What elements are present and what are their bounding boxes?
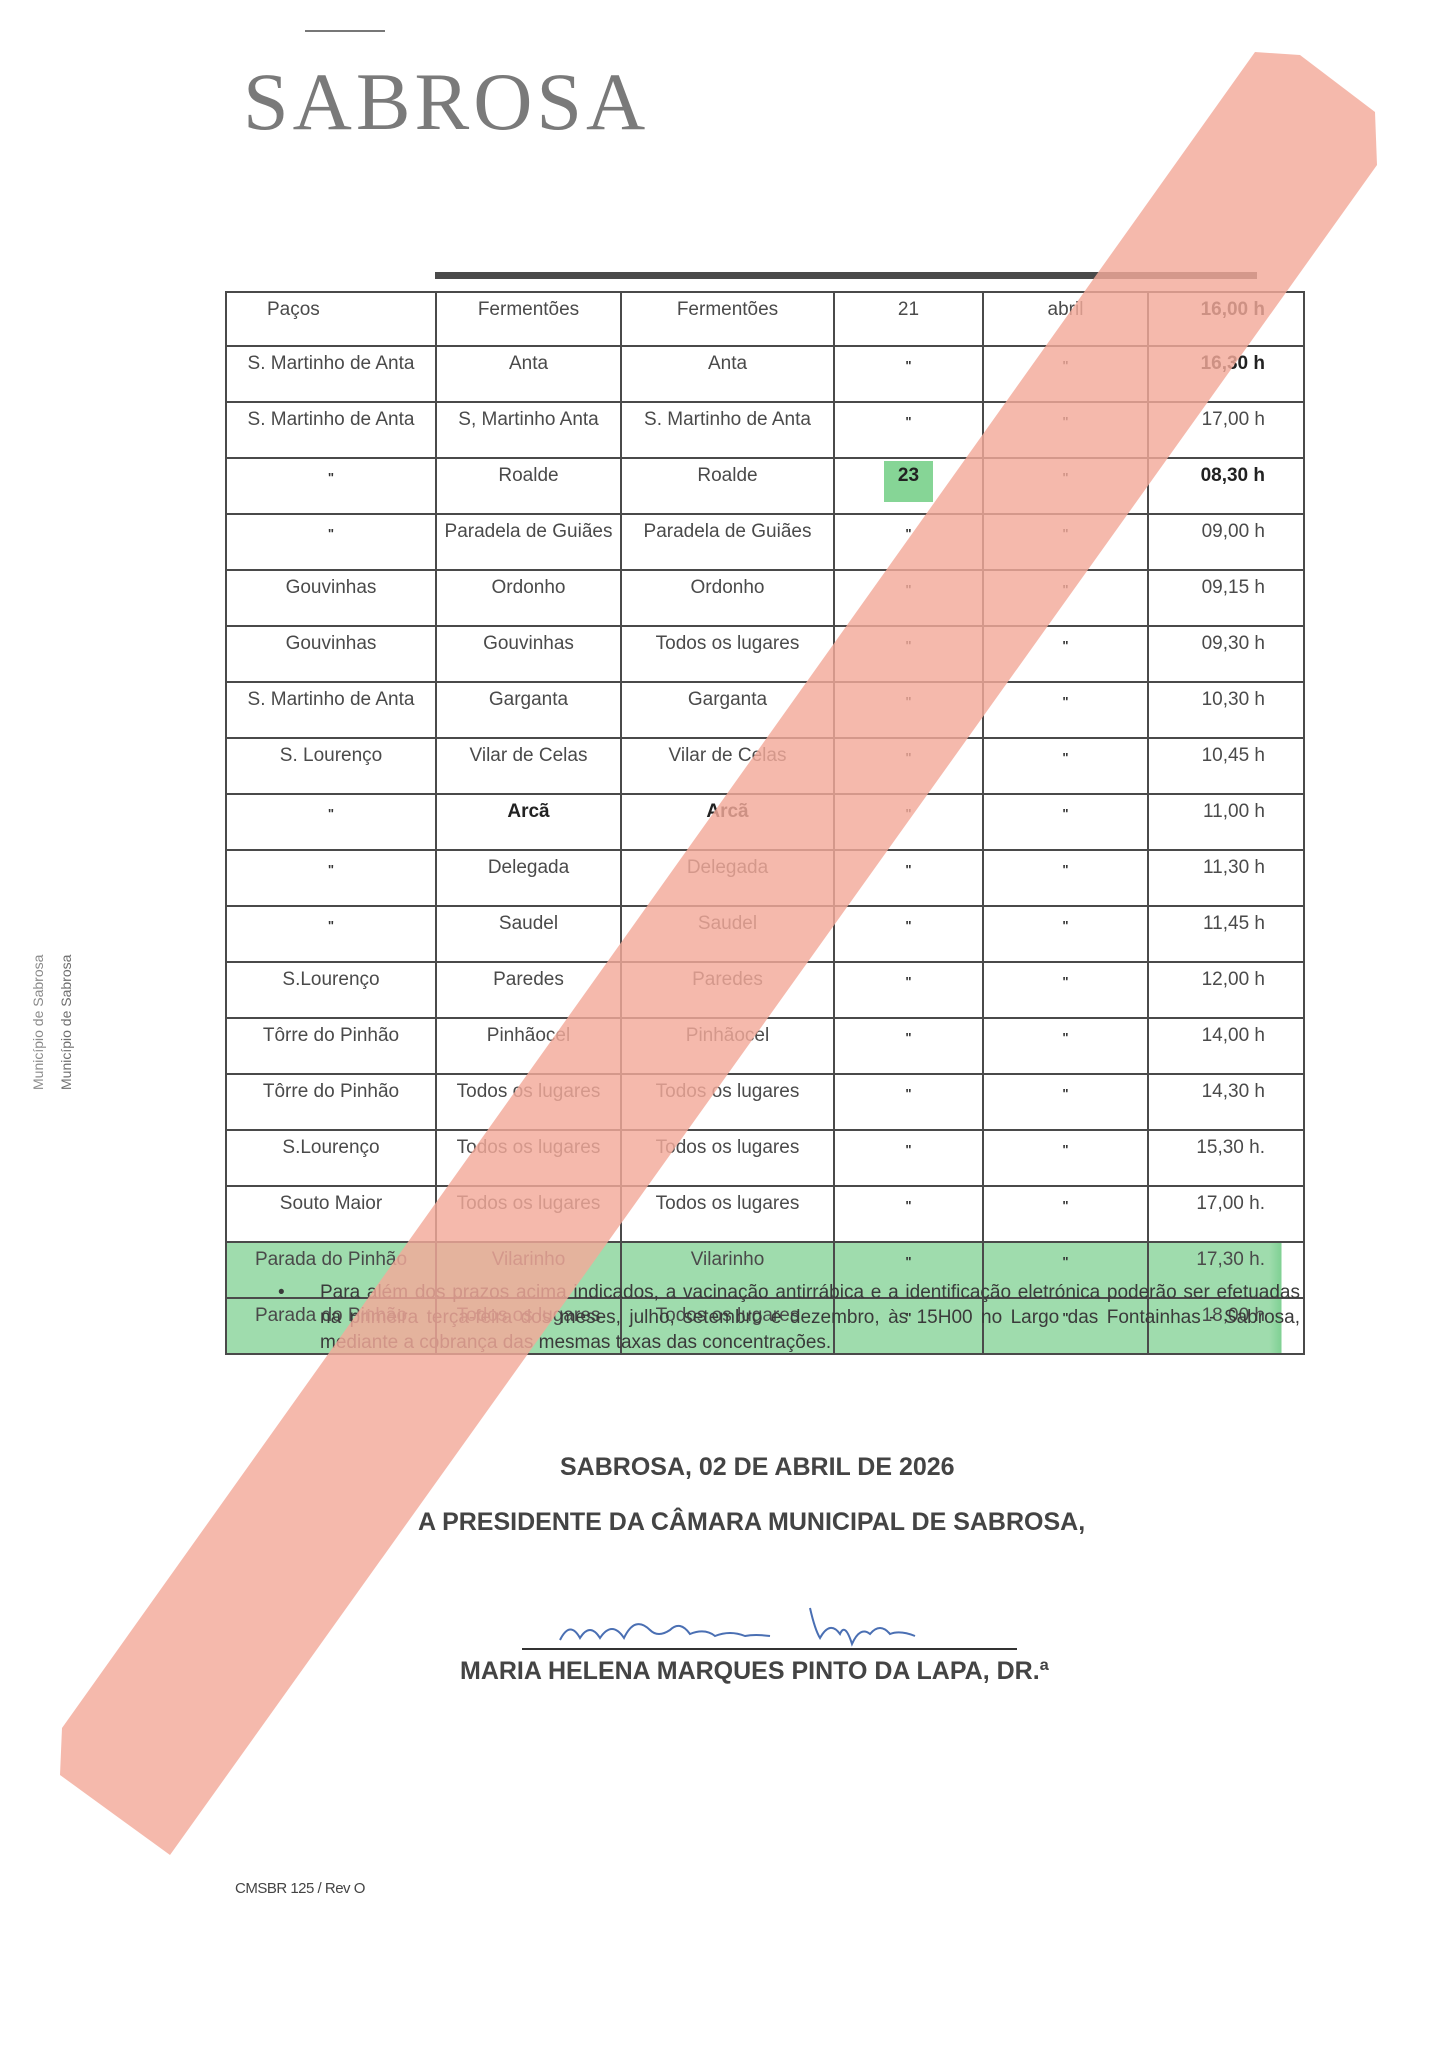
- cell-location: Paredes: [621, 962, 834, 1018]
- table-row: "DelegadaDelegada""11,30 h: [226, 850, 1304, 906]
- cell-month: ": [983, 738, 1148, 794]
- cell-parish: S.Lourenço: [226, 1130, 436, 1186]
- vaccination-schedule-table: PaçosFermentõesFermentões21abril16,00 hS…: [225, 291, 1305, 1355]
- cell-month: ": [983, 794, 1148, 850]
- cell-place: Todos os lugares: [436, 1130, 621, 1186]
- cell-place: Delegada: [436, 850, 621, 906]
- cell-parish: S. Martinho de Anta: [226, 402, 436, 458]
- handwritten-signature: [540, 1600, 1000, 1650]
- cell-day: 23: [834, 458, 983, 514]
- table-row: S.LourençoParedesParedes""12,00 h: [226, 962, 1304, 1018]
- cell-parish: S.Lourenço: [226, 962, 436, 1018]
- cell-location: Todos os lugares: [621, 1186, 834, 1242]
- cell-place: Vilar de Celas: [436, 738, 621, 794]
- cell-month: ": [983, 1074, 1148, 1130]
- cell-time: 09,30 h: [1148, 626, 1304, 682]
- cell-parish: Tôrre do Pinhão: [226, 1018, 436, 1074]
- cell-location: Paradela de Guiães: [621, 514, 834, 570]
- footnote-text: Para além dos prazos acima indicados, a …: [320, 1280, 1300, 1355]
- cell-parish: Gouvinhas: [226, 626, 436, 682]
- cell-place: Pinhãocel: [436, 1018, 621, 1074]
- cell-month: ": [983, 570, 1148, 626]
- cell-day: ": [834, 570, 983, 626]
- cell-parish: ": [226, 458, 436, 514]
- cell-month: ": [983, 850, 1148, 906]
- signer-title: A PRESIDENTE DA CÂMARA MUNICIPAL DE SABR…: [418, 1508, 1448, 1537]
- cell-parish: S. Martinho de Anta: [226, 682, 436, 738]
- cell-time: 08,30 h: [1148, 458, 1304, 514]
- cell-location: Saudel: [621, 906, 834, 962]
- cell-day: ": [834, 682, 983, 738]
- cell-day: ": [834, 962, 983, 1018]
- place-and-date: SABROSA, 02 DE ABRIL DE 2026: [560, 1453, 1448, 1482]
- cell-parish: ": [226, 906, 436, 962]
- cell-location: Ordonho: [621, 570, 834, 626]
- cell-day: ": [834, 402, 983, 458]
- cell-month: ": [983, 962, 1148, 1018]
- cell-time: 16,00 h: [1148, 292, 1304, 346]
- cell-month: ": [983, 346, 1148, 402]
- table-row: Tôrre do PinhãoTodos os lugaresTodos os …: [226, 1074, 1304, 1130]
- cell-time: 10,30 h: [1148, 682, 1304, 738]
- cell-location: Pinhãocel: [621, 1018, 834, 1074]
- cell-location: Anta: [621, 346, 834, 402]
- table-row: S.LourençoTodos os lugaresTodos os lugar…: [226, 1130, 1304, 1186]
- cell-day: ": [834, 1074, 983, 1130]
- cell-location: Delegada: [621, 850, 834, 906]
- cell-time: 17,00 h.: [1148, 1186, 1304, 1242]
- cell-day: ": [834, 514, 983, 570]
- cell-month: ": [983, 906, 1148, 962]
- cell-time: 14,30 h: [1148, 1074, 1304, 1130]
- cell-place: Fermentões: [436, 292, 621, 346]
- cell-time: 11,30 h: [1148, 850, 1304, 906]
- cell-month: ": [983, 1130, 1148, 1186]
- cell-location: Vilar de Celas: [621, 738, 834, 794]
- cell-time: 09,00 h: [1148, 514, 1304, 570]
- cell-day: ": [834, 346, 983, 402]
- cell-day: ": [834, 1186, 983, 1242]
- cell-parish: ": [226, 850, 436, 906]
- cell-place: Ordonho: [436, 570, 621, 626]
- footnote-bullet: •: [278, 1282, 285, 1304]
- cell-time: 10,45 h: [1148, 738, 1304, 794]
- header-divider: [435, 272, 1257, 279]
- cell-day: ": [834, 738, 983, 794]
- cell-location: Arcã: [621, 794, 834, 850]
- municipality-logo: SABROSA: [243, 55, 649, 149]
- signer-name: MARIA HELENA MARQUES PINTO DA LAPA, DR.ª: [460, 1657, 1049, 1686]
- cell-place: Todos os lugares: [436, 1074, 621, 1130]
- cell-month: ": [983, 458, 1148, 514]
- schedule-body: PaçosFermentõesFermentões21abril16,00 hS…: [226, 292, 1304, 1354]
- cell-parish: ": [226, 514, 436, 570]
- document-code: CMSBR 125 / Rev O: [235, 1880, 365, 1897]
- cell-time: 16,30 h: [1148, 346, 1304, 402]
- table-row: S. Martinho de AntaS, Martinho AntaS. Ma…: [226, 402, 1304, 458]
- table-row: Tôrre do PinhãoPinhãocelPinhãocel""14,00…: [226, 1018, 1304, 1074]
- cell-month: ": [983, 514, 1148, 570]
- cell-parish: Souto Maior: [226, 1186, 436, 1242]
- table-row: Souto MaiorTodos os lugaresTodos os luga…: [226, 1186, 1304, 1242]
- cell-month: ": [983, 402, 1148, 458]
- cell-parish: Tôrre do Pinhão: [226, 1074, 436, 1130]
- cell-place: Anta: [436, 346, 621, 402]
- cell-place: S, Martinho Anta: [436, 402, 621, 458]
- cell-location: S. Martinho de Anta: [621, 402, 834, 458]
- table-row: PaçosFermentõesFermentões21abril16,00 h: [226, 292, 1304, 346]
- cell-time: 09,15 h: [1148, 570, 1304, 626]
- cell-day: 21: [834, 292, 983, 346]
- cell-time: 15,30 h.: [1148, 1130, 1304, 1186]
- cell-time: 17,00 h: [1148, 402, 1304, 458]
- cell-place: Saudel: [436, 906, 621, 962]
- table-row: S. LourençoVilar de CelasVilar de Celas"…: [226, 738, 1304, 794]
- cell-time: 11,45 h: [1148, 906, 1304, 962]
- cell-location: Roalde: [621, 458, 834, 514]
- cell-place: Todos os lugares: [436, 1186, 621, 1242]
- table-row: "Paradela de GuiãesParadela de Guiães""0…: [226, 514, 1304, 570]
- cell-place: Arcã: [436, 794, 621, 850]
- table-row: GouvinhasGouvinhasTodos os lugares""09,3…: [226, 626, 1304, 682]
- cell-time: 11,00 h: [1148, 794, 1304, 850]
- cell-location: Garganta: [621, 682, 834, 738]
- table-row: GouvinhasOrdonhoOrdonho""09,15 h: [226, 570, 1304, 626]
- cell-month: ": [983, 1186, 1148, 1242]
- cell-day: ": [834, 1130, 983, 1186]
- cell-time: 14,00 h: [1148, 1018, 1304, 1074]
- cell-place: Paradela de Guiães: [436, 514, 621, 570]
- cell-location: Fermentões: [621, 292, 834, 346]
- cell-location: Todos os lugares: [621, 626, 834, 682]
- cell-place: Garganta: [436, 682, 621, 738]
- cell-time: 12,00 h: [1148, 962, 1304, 1018]
- top-rule: [305, 30, 385, 32]
- highlighted-day: 23: [884, 461, 933, 502]
- cell-parish: Gouvinhas: [226, 570, 436, 626]
- cell-day: ": [834, 626, 983, 682]
- cell-place: Gouvinhas: [436, 626, 621, 682]
- cell-location: Todos os lugares: [621, 1130, 834, 1186]
- cell-day: ": [834, 794, 983, 850]
- cell-parish: ": [226, 794, 436, 850]
- cell-location: Todos os lugares: [621, 1074, 834, 1130]
- cell-parish: S. Lourenço: [226, 738, 436, 794]
- table-row: "SaudelSaudel""11,45 h: [226, 906, 1304, 962]
- cell-month: ": [983, 626, 1148, 682]
- cell-day: ": [834, 1018, 983, 1074]
- table-row: S. Martinho de AntaAntaAnta""16,30 h: [226, 346, 1304, 402]
- table-row: "RoaldeRoalde23"08,30 h: [226, 458, 1304, 514]
- cell-month: ": [983, 682, 1148, 738]
- cell-month: abril: [983, 292, 1148, 346]
- cell-place: Paredes: [436, 962, 621, 1018]
- cell-day: ": [834, 850, 983, 906]
- table-row: S. Martinho de AntaGargantaGarganta""10,…: [226, 682, 1304, 738]
- side-label: Município de Sabrosa: [30, 955, 46, 1090]
- cell-month: ": [983, 1018, 1148, 1074]
- cell-day: ": [834, 906, 983, 962]
- cell-parish: S. Martinho de Anta: [226, 346, 436, 402]
- table-row: "ArcãArcã""11,00 h: [226, 794, 1304, 850]
- side-label: Município de Sabrosa: [58, 955, 74, 1090]
- cell-parish: Paços: [226, 292, 436, 346]
- cell-place: Roalde: [436, 458, 621, 514]
- signature-line: [522, 1648, 1017, 1650]
